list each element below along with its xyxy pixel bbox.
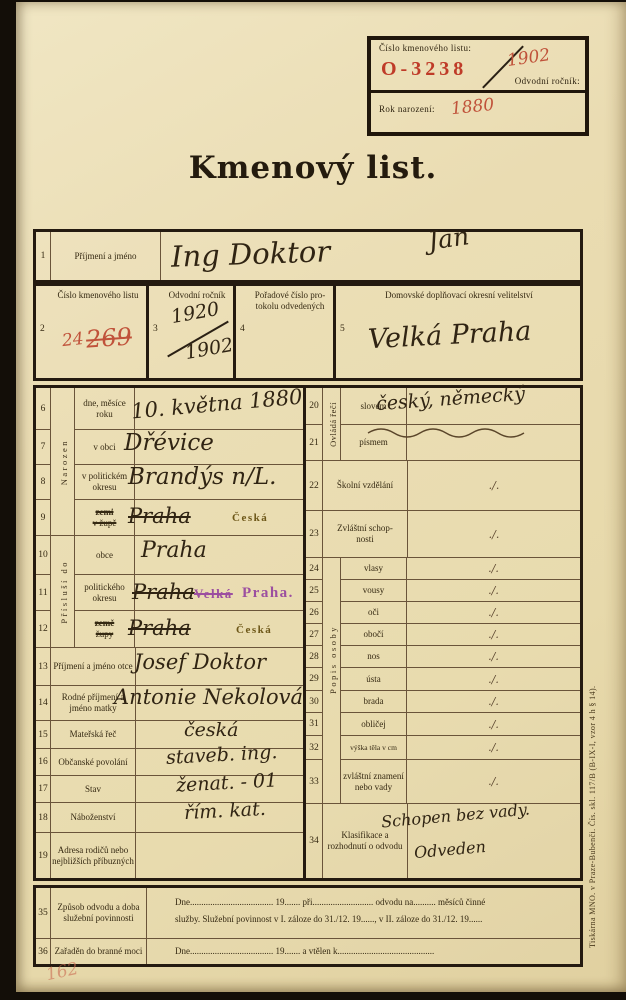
stamp-number-label: Číslo kmenového listu:: [379, 43, 471, 53]
ditto-mark: ./.: [407, 624, 580, 646]
row-number: 6: [36, 388, 51, 430]
belongs-village-handwriting: Praha: [141, 538, 207, 563]
old-number-handwriting: 24: [61, 329, 85, 351]
draft-method-text: Dne.....................................…: [147, 888, 580, 939]
row-number: 33: [306, 760, 323, 804]
form-title: Kmenový list.: [0, 150, 626, 186]
ceska-stamp: Česká: [232, 512, 268, 524]
birth-year-handwriting: 1880: [450, 95, 495, 119]
firstname-handwriting: Jan: [426, 221, 471, 255]
row-number: 29: [306, 668, 323, 691]
ditto-mark: ./.: [408, 461, 580, 511]
row-number: 32: [306, 736, 323, 760]
row-number: 7: [36, 430, 51, 465]
belongs-village-label: obce: [75, 536, 135, 575]
row-number: 35: [36, 888, 51, 939]
belongs-district-label: politického okresu: [75, 575, 135, 611]
special-skills-label: Zvláštní schop-nosti: [323, 511, 408, 558]
mouth-label: ústa: [341, 668, 407, 691]
birth-district-handwriting: Brandýs n/L.: [128, 464, 276, 490]
row-number: 20: [306, 388, 323, 425]
tongue-handwriting: česká: [184, 719, 238, 741]
face-label: obličej: [341, 713, 407, 736]
row-number: 10: [36, 536, 51, 575]
occupation-label: Občanské povolání: [51, 749, 136, 776]
row-number: 5: [340, 324, 345, 334]
row-number: 17: [36, 776, 51, 803]
ditto-mark: ./.: [407, 691, 580, 713]
father-label: Příjmení a jméno otce: [51, 648, 136, 686]
father-handwriting: Josef Doktor: [134, 650, 266, 674]
group-born: Narozen: [52, 388, 75, 536]
row-number: 22: [306, 461, 323, 511]
row-number: 30: [306, 691, 323, 713]
row-number: 19: [36, 833, 51, 878]
birth-land-struck-handwriting: Praha: [128, 504, 191, 528]
eyes-label: oči: [341, 602, 407, 624]
beard-label: vousy: [341, 580, 407, 602]
height-label: výška těla v cm: [341, 736, 407, 760]
ditto-mark: ./.: [407, 668, 580, 691]
row-number: 3: [153, 324, 158, 334]
row-number: 4: [240, 324, 245, 334]
stamp-box-top: Číslo kmenového listu: O-3238 1902 Odvod…: [371, 40, 585, 93]
ditto-wave: [366, 424, 526, 440]
row-number: 12: [36, 611, 51, 648]
ditto-mark: ./.: [407, 646, 580, 668]
row-number: 8: [36, 465, 51, 500]
rocnik-bottom-handwriting: 1902: [183, 334, 234, 364]
marital-status-label: Stav: [51, 776, 136, 803]
bottom-table: 35 Způsob odvodu a doba služební povinno…: [33, 885, 583, 967]
rocnik-top-handwriting: 1920: [169, 298, 220, 328]
mother-handwriting: Antonie Nekolová: [114, 685, 303, 709]
row-number: 27: [306, 624, 323, 646]
ditto-mark: ./.: [407, 760, 580, 804]
struck-number-handwriting: 269: [85, 322, 133, 353]
draft-method-label: Způsob odvodu a doba služební povinnosti: [51, 888, 147, 939]
velka-struck-stamp: Velká: [194, 586, 233, 602]
row-number: 24: [306, 558, 323, 580]
year-handwriting: 1902: [506, 45, 552, 71]
special-marks-label: zvláštní znamení nebo vady: [341, 760, 407, 804]
row-number: 28: [306, 646, 323, 668]
protokol-label: Pořadové číslo pro-tokolu odvedených: [248, 290, 332, 312]
row-number: 34: [306, 804, 323, 878]
row-number: 16: [36, 749, 51, 776]
chin-label: brada: [341, 691, 407, 713]
birth-village-handwriting: Dřévice: [124, 430, 214, 456]
name-label: Příjmení a jméno: [51, 232, 161, 280]
row-number: 14: [36, 686, 51, 721]
parents-address-label: Adresa rodičů nebo nejbližších příbuznýc…: [51, 833, 136, 878]
row-number: 25: [306, 580, 323, 602]
nose-label: nos: [341, 646, 407, 668]
praha-purple-stamp: Praha.: [242, 585, 294, 602]
hair-label: vlasy: [341, 558, 407, 580]
odvodni-rocnik-label: Odvodní ročník: [161, 290, 233, 301]
belongs-land-label: zeměžupy: [75, 611, 135, 648]
ceska-stamp: Česká: [236, 624, 272, 636]
velitelstvi-handwriting: Velká Praha: [367, 316, 532, 356]
main-table: 6dne, měsíce roku 7v obci 8v politickém …: [33, 385, 583, 881]
religion-label: Náboženství: [51, 803, 136, 833]
born-date-label: dne, měsíce roku: [75, 388, 135, 430]
row-number: 15: [36, 721, 51, 749]
education-label: Školní vzdělání: [323, 461, 408, 511]
stamp-box-bottom: Rok narození: 1880: [371, 93, 585, 128]
stamp-box: Číslo kmenového listu: O-3238 1902 Odvod…: [367, 36, 589, 136]
kmenove-cislo-label: Číslo kmenového listu: [50, 290, 146, 301]
ditto-mark: ./.: [407, 736, 580, 760]
header-grid: 2 Číslo kmenového listu 24 269 3 Odvodní…: [33, 283, 583, 381]
group-description: Popis osoby: [324, 558, 341, 760]
born-district-label: v politickém okresu: [75, 465, 135, 500]
eyebrows-label: obočí: [341, 624, 407, 646]
birth-year-label: Rok narození:: [379, 104, 435, 114]
born-land-label: zemiv župě: [75, 500, 135, 536]
row-number: 18: [36, 803, 51, 833]
belongs-land-struck-handwriting: Praha: [128, 616, 191, 640]
velitelstvi-label: Domovské doplňovací okresní velitelství: [350, 290, 568, 301]
cell-5: 5 Domovské doplňovací okresní velitelstv…: [336, 286, 580, 378]
group-belongs: Přísluší do: [52, 536, 75, 648]
name-handwriting: Ing Doktor: [170, 234, 330, 274]
row-number: 2: [40, 324, 45, 334]
cell-3: 3 Odvodní ročník 1920 1902: [149, 286, 236, 378]
ditto-mark: ./.: [407, 580, 580, 602]
cell-4: 4 Pořadové číslo pro-tokolu odvedených: [236, 286, 336, 378]
stamp-number-value: O-3238: [381, 58, 467, 81]
ditto-mark: ./.: [408, 511, 580, 558]
cell-2: 2 Číslo kmenového listu 24 269: [36, 286, 149, 378]
row-number: 21: [306, 425, 323, 461]
ditto-mark: ./.: [407, 602, 580, 624]
rocnik-label: Odvodní ročník:: [515, 76, 580, 86]
name-row: 1 Příjmení a jméno Ing Doktor Jan: [33, 229, 583, 283]
ditto-mark: ./.: [407, 713, 580, 736]
scanned-form: Číslo kmenového listu: O-3238 1902 Odvod…: [0, 0, 626, 1000]
religion-handwriting: řím. kat.: [183, 798, 266, 824]
right-half: 20slovem 21písmem 22Školní vzdělání./. 2…: [306, 388, 580, 878]
row-number: 36: [36, 939, 51, 964]
row-number: 23: [306, 511, 323, 558]
row-number: 26: [306, 602, 323, 624]
ditto-mark: ./.: [407, 558, 580, 580]
row-number: 13: [36, 648, 51, 686]
printer-note: Tiskárna MNO. v Praze-Bubenči. Čís. skl.…: [588, 518, 597, 948]
row-number: 1: [36, 232, 51, 280]
row-number: 11: [36, 575, 51, 611]
row-number: 9: [36, 500, 51, 536]
row-number: 31: [306, 713, 323, 736]
belongs-district-struck-handwriting: Praha: [132, 580, 195, 604]
group-speaks: Ovládá řečí: [324, 388, 341, 461]
enlisted-text: Dne.....................................…: [147, 939, 580, 964]
mother-tongue-label: Mateřská řeč: [51, 721, 136, 749]
